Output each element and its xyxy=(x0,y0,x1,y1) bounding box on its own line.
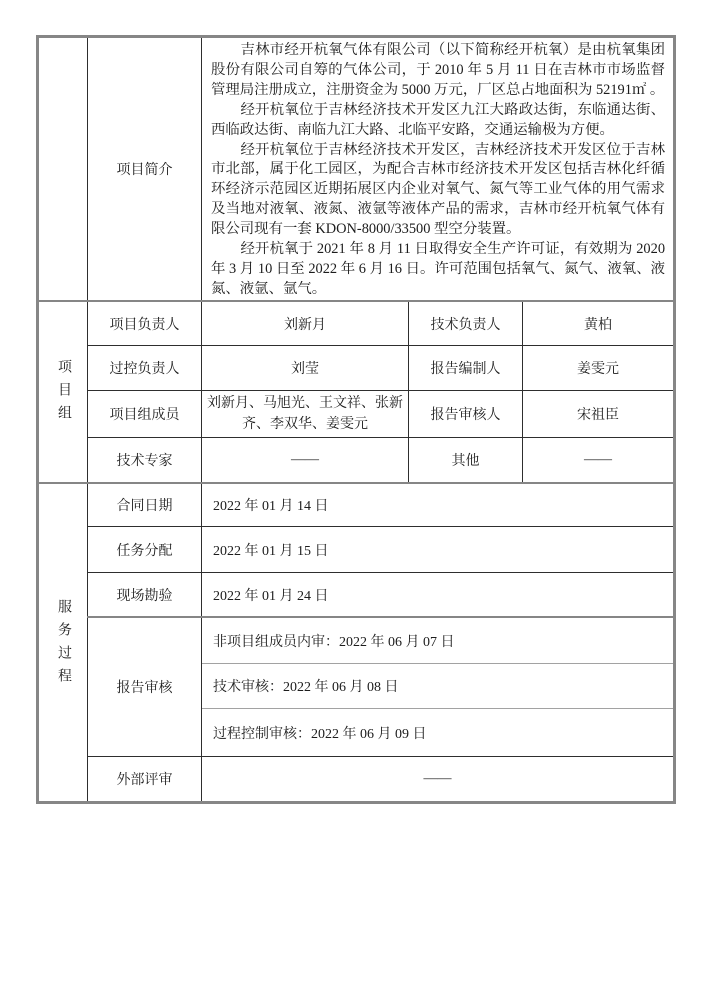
review-row-label: 报告审核 xyxy=(88,617,202,757)
external-review-label: 外部评审 xyxy=(88,757,202,803)
intro-paragraph-1: 吉林市经开杭氧气体有限公司（以下简称经开杭氧）是由杭氧集团股份有限公司自筹的气体… xyxy=(211,41,665,101)
process-row-label: 合同日期 xyxy=(88,483,202,527)
document-page: 项目简介 吉林市经开杭氧气体有限公司（以下简称经开杭氧）是由杭氧集团股份有限公司… xyxy=(0,0,703,994)
team-row-label: 技术负责人 xyxy=(409,301,523,346)
intro-section-spacer-cell xyxy=(38,37,88,301)
team-row-value: 黄柏 xyxy=(523,301,675,346)
review-item: 非项目组成员内审：2022 年 06 月 07 日 xyxy=(202,617,675,664)
external-review-value: —— xyxy=(202,757,675,803)
process-row-value: 2022 年 01 月 14 日 xyxy=(202,483,675,527)
intro-paragraph-3: 经开杭氧位于吉林经济技术开发区，吉林经济技术开发区位于吉林市北部，属于化工园区，… xyxy=(211,141,665,241)
team-row-label: 项目组成员 xyxy=(88,391,202,438)
team-row-value: 宋祖臣 xyxy=(523,391,675,438)
process-section-label: 服务过程 xyxy=(56,599,70,691)
process-row-label: 现场勘验 xyxy=(88,573,202,617)
process-row-label: 任务分配 xyxy=(88,527,202,573)
team-row-value: —— xyxy=(523,438,675,483)
team-row-label: 其他 xyxy=(409,438,523,483)
intro-row-label: 项目简介 xyxy=(88,37,202,301)
review-item: 技术审核：2022 年 06 月 08 日 xyxy=(202,664,675,709)
intro-paragraph-2: 经开杭氧位于吉林经济技术开发区九江大路政达街，东临通达街、西临政达街、南临九江大… xyxy=(211,101,665,141)
team-row-label: 过控负责人 xyxy=(88,346,202,391)
project-summary-table: 项目简介 吉林市经开杭氧气体有限公司（以下简称经开杭氧）是由杭氧集团股份有限公司… xyxy=(36,35,676,804)
process-row-value: 2022 年 01 月 15 日 xyxy=(202,527,675,573)
team-row-value: 刘莹 xyxy=(202,346,409,391)
process-section-header-cell: 服务过程 xyxy=(38,483,88,803)
team-row-value: —— xyxy=(202,438,409,483)
team-section-header-cell: 项目组 xyxy=(38,301,88,483)
team-row-label: 报告审核人 xyxy=(409,391,523,438)
team-row-value: 刘新月 xyxy=(202,301,409,346)
team-row-label: 项目负责人 xyxy=(88,301,202,346)
team-row-value: 姜雯元 xyxy=(523,346,675,391)
intro-paragraph-4: 经开杭氧于 2021 年 8 月 11 日取得安全生产许可证，有效期为 2020… xyxy=(211,240,665,300)
team-row-label: 技术专家 xyxy=(88,438,202,483)
team-row-label: 报告编制人 xyxy=(409,346,523,391)
intro-content-cell: 吉林市经开杭氧气体有限公司（以下简称经开杭氧）是由杭氧集团股份有限公司自筹的气体… xyxy=(202,37,675,301)
review-item: 过程控制审核：2022 年 06 月 09 日 xyxy=(202,709,675,757)
team-section-label: 项目组 xyxy=(56,359,70,428)
team-members-value: 刘新月、马旭光、王文祥、张新齐、李双华、姜雯元 xyxy=(202,391,409,438)
process-row-value: 2022 年 01 月 24 日 xyxy=(202,573,675,617)
